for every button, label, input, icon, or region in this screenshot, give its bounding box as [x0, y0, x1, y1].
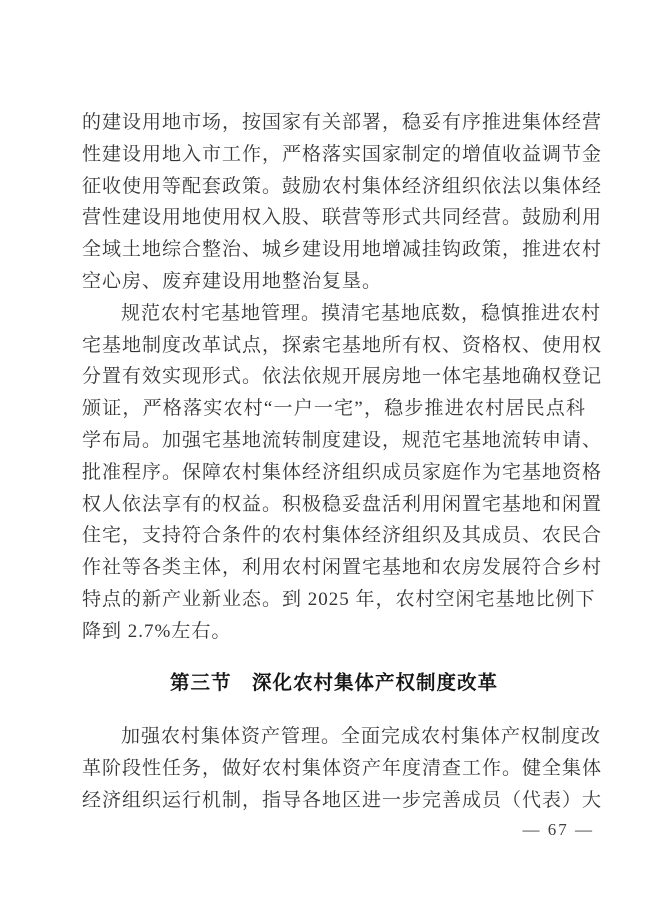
text-line: 全域土地综合整治、城乡建设用地增减挂钩政策，推进农村: [82, 234, 586, 266]
page-number: — 67 —: [523, 820, 595, 840]
text-line: 分置有效实现形式。依法依规开展房地一体宅基地确权登记: [82, 361, 586, 393]
body-text: 的建设用地市场，按国家有关部署，稳妥有序推进集体经营 性建设用地入市工作，严格落…: [82, 107, 586, 817]
text-line: 征收使用等配套政策。鼓励农村集体经济组织依法以集体经: [82, 171, 586, 203]
text-line: 颁证，严格落实农村“一户一宅”，稳步推进农村居民点科: [82, 393, 586, 425]
paragraph: 加强农村集体资产管理。全面完成农村集体产权制度改 革阶段性任务，做好农村集体资产…: [82, 721, 586, 816]
text-line: 革阶段性任务，做好农村集体资产年度清查工作。健全集体: [82, 753, 586, 785]
text-line: 宅基地制度改革试点，探索宅基地所有权、资格权、使用权: [82, 330, 586, 362]
text-line: 特点的新产业新业态。到 2025 年，农村空闲宅基地比例下: [82, 584, 586, 616]
text-line: 加强农村集体资产管理。全面完成农村集体产权制度改: [82, 721, 586, 753]
text-line: 营性建设用地使用权入股、联营等形式共同经营。鼓励利用: [82, 202, 586, 234]
section-heading: 第三节 深化农村集体产权制度改革: [82, 668, 586, 700]
text-line: 权人依法享有的权益。积极稳妥盘活利用闲置宅基地和闲置: [82, 489, 586, 521]
document-page: 的建设用地市场，按国家有关部署，稳妥有序推进集体经营 性建设用地入市工作，严格落…: [0, 0, 650, 919]
text-line: 作社等各类主体，利用农村闲置宅基地和农房发展符合乡村: [82, 552, 586, 584]
paragraph: 的建设用地市场，按国家有关部署，稳妥有序推进集体经营 性建设用地入市工作，严格落…: [82, 107, 586, 298]
text-line: 经济组织运行机制，指导各地区进一步完善成员（代表）大: [82, 785, 586, 817]
text-line: 性建设用地入市工作，严格落实国家制定的增值收益调节金: [82, 139, 586, 171]
text-line: 的建设用地市场，按国家有关部署，稳妥有序推进集体经营: [82, 107, 586, 139]
paragraph: 规范农村宅基地管理。摸清宅基地底数，稳慎推进农村 宅基地制度改革试点，探索宅基地…: [82, 298, 586, 648]
text-line: 批准程序。保障农村集体经济组织成员家庭作为宅基地资格: [82, 457, 586, 489]
text-line: 降到 2.7%左右。: [82, 616, 586, 648]
text-line: 住宅，支持符合条件的农村集体经济组织及其成员、农民合: [82, 520, 586, 552]
text-line: 空心房、废弃建设用地整治复垦。: [82, 266, 586, 298]
text-line: 学布局。加强宅基地流转制度建设，规范宅基地流转申请、: [82, 425, 586, 457]
text-line: 规范农村宅基地管理。摸清宅基地底数，稳慎推进农村: [82, 298, 586, 330]
